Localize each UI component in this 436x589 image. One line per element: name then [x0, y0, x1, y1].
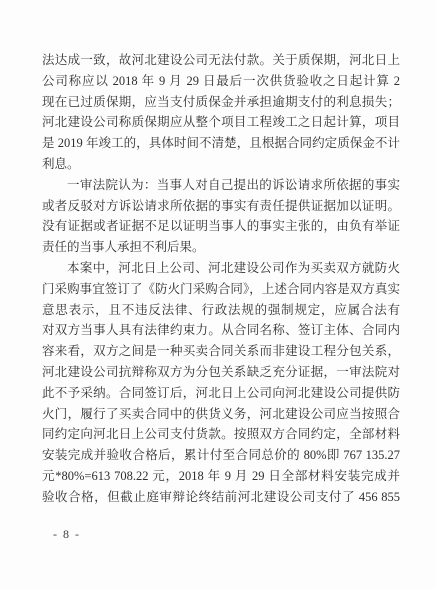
text-line: 门采购事宜签订了《防火门采购合同》，上述合同内容是双方真实: [42, 279, 400, 300]
text-line: 安装完成并验收合格后，累计付至合同总价的 80%即 767 135.27: [42, 445, 400, 466]
text-line: 没有证据或者证据不足以证明当事人的事实主张的，由负有举证: [42, 216, 400, 237]
text-line: 现在已过质保期，应当支付质保金并承担逾期支付的利息损失；: [42, 92, 400, 113]
text-line: 一审法院认为：当事人对自己提出的诉讼请求所依据的事实: [42, 175, 400, 196]
text-line: 此不予采纳。合同签订后，河北日上公司向河北建设公司提供防: [42, 383, 400, 404]
text-line: 河北建设公司抗辩称双方为分包关系缺乏充分证据，一审法院对: [42, 362, 400, 383]
text-line: 责任的当事人承担不利后果。: [42, 237, 400, 258]
text-line: 容来看，双方之间是一种买卖合同关系而非建设工程分包关系，: [42, 341, 400, 362]
text-line: 同约定向河北日上公司支付货款。按照双方合同约定，全部材料: [42, 424, 400, 445]
text-line: 公司称应以 2018 年 9 月 29 日最后一次供货验收之日起计算 2 年，: [42, 71, 400, 92]
text-line: 本案中，河北日上公司、河北建设公司作为买卖双方就防火: [42, 258, 400, 279]
text-line: 对双方当事人具有法律约束力。从合同名称、签订主体、合同内: [42, 320, 400, 341]
text-line: 验收合格，但截止庭审辩论终结前河北建设公司支付了 456 855: [42, 487, 400, 508]
page-number: - 8 -: [53, 526, 81, 542]
document-page: 法达成一致，故河北建设公司无法付款。关于质保期，河北日上公司称应以 2018 年…: [0, 0, 436, 589]
judgment-text-block: 法达成一致，故河北建设公司无法付款。关于质保期，河北日上公司称应以 2018 年…: [42, 50, 400, 508]
text-line: 是 2019 年竣工的，具体时间不清楚，且根据合同约定质保金不计: [42, 133, 400, 154]
text-line: 法达成一致，故河北建设公司无法付款。关于质保期，河北日上: [42, 50, 400, 71]
text-line: 河北建设公司称质保期应从整个项目工程竣工之日起计算，项目: [42, 112, 400, 133]
text-line: 火门，履行了买卖合同中的供货义务，河北建设公司应当按照合: [42, 404, 400, 425]
text-line: 元*80%=613 708.22 元，2018 年 9 月 29 日全部材料安装…: [42, 466, 400, 487]
text-line: 意思表示，且不违反法律、行政法规的强制规定，应属合法有效，: [42, 300, 400, 321]
text-line: 或者反驳对方诉讼请求所依据的事实有责任提供证据加以证明。: [42, 196, 400, 217]
text-line: 利息。: [42, 154, 400, 175]
